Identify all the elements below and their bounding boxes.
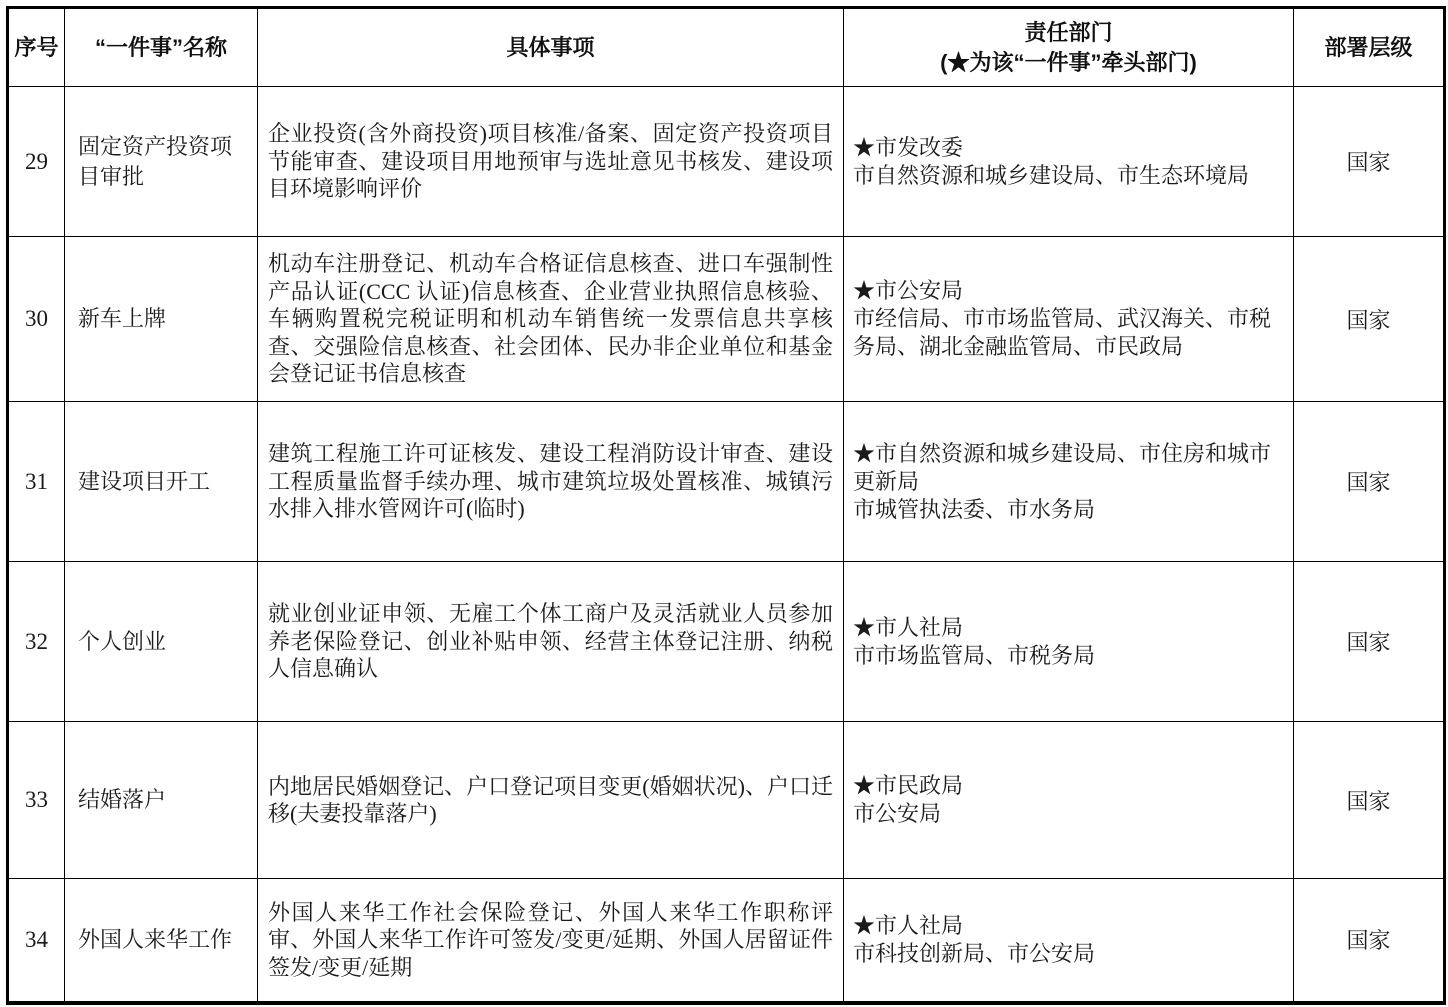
table-row: 30 新车上牌 机动车注册登记、机动车合格证信息核查、进口车强制性产品认证(CC… <box>8 237 1445 402</box>
one-thing-matters-table: 序号 “一件事”名称 具体事项 责任部门 (★为该“一件事”牵头部门) 部署层级… <box>6 6 1446 1005</box>
other-departments: 市公安局 <box>853 800 1284 828</box>
document-page: 序号 “一件事”名称 具体事项 责任部门 (★为该“一件事”牵头部门) 部署层级… <box>0 0 1448 1007</box>
row-level: 国家 <box>1294 562 1445 722</box>
row-name: 结婚落户 <box>65 722 258 879</box>
col-header-name: “一件事”名称 <box>65 8 258 87</box>
lead-department: ★市人社局 <box>853 614 1284 642</box>
other-departments: 市自然资源和城乡建设局、市生态环境局 <box>853 162 1284 190</box>
row-departments: ★市人社局 市市场监管局、市税务局 <box>844 562 1294 722</box>
row-level: 国家 <box>1294 402 1445 562</box>
row-departments: ★市人社局 市科技创新局、市公安局 <box>844 879 1294 1003</box>
row-index: 32 <box>8 562 65 722</box>
row-index: 31 <box>8 402 65 562</box>
departments-header-title: 责任部门 <box>848 18 1289 48</box>
row-departments: ★市公安局 市经信局、市市场监管局、武汉海关、市税务局、湖北金融监管局、市民政局 <box>844 237 1294 402</box>
other-departments: 市经信局、市市场监管局、武汉海关、市税务局、湖北金融监管局、市民政局 <box>853 305 1284 361</box>
row-level: 国家 <box>1294 722 1445 879</box>
row-name: 个人创业 <box>65 562 258 722</box>
row-items: 内地居民婚姻登记、户口登记项目变更(婚姻状况)、户口迁移(夫妻投靠落户) <box>258 722 844 879</box>
row-items: 外国人来华工作社会保险登记、外国人来华工作职称评审、外国人来华工作许可签发/变更… <box>258 879 844 1003</box>
row-name: 固定资产投资项目审批 <box>65 87 258 237</box>
row-departments: ★市发改委 市自然资源和城乡建设局、市生态环境局 <box>844 87 1294 237</box>
col-header-items: 具体事项 <box>258 8 844 87</box>
header-row: 序号 “一件事”名称 具体事项 责任部门 (★为该“一件事”牵头部门) 部署层级 <box>8 8 1445 87</box>
row-departments: ★市自然资源和城乡建设局、市住房和城市更新局 市城管执法委、市水务局 <box>844 402 1294 562</box>
lead-department: ★市公安局 <box>853 277 1284 305</box>
row-level: 国家 <box>1294 237 1445 402</box>
row-index: 29 <box>8 87 65 237</box>
row-name: 新车上牌 <box>65 237 258 402</box>
row-index: 33 <box>8 722 65 879</box>
lead-department: ★市自然资源和城乡建设局、市住房和城市更新局 <box>853 440 1284 496</box>
lead-department: ★市民政局 <box>853 772 1284 800</box>
table-row: 31 建设项目开工 建筑工程施工许可证核发、建设工程消防设计审查、建设工程质量监… <box>8 402 1445 562</box>
row-departments: ★市民政局 市公安局 <box>844 722 1294 879</box>
row-level: 国家 <box>1294 87 1445 237</box>
table-row: 34 外国人来华工作 外国人来华工作社会保险登记、外国人来华工作职称评审、外国人… <box>8 879 1445 1003</box>
table-row: 32 个人创业 就业创业证申领、无雇工个体工商户及灵活就业人员参加养老保险登记、… <box>8 562 1445 722</box>
row-items: 机动车注册登记、机动车合格证信息核查、进口车强制性产品认证(CCC 认证)信息核… <box>258 237 844 402</box>
other-departments: 市市场监管局、市税务局 <box>853 642 1284 670</box>
lead-department: ★市发改委 <box>853 134 1284 162</box>
col-header-departments: 责任部门 (★为该“一件事”牵头部门) <box>844 8 1294 87</box>
row-index: 34 <box>8 879 65 1003</box>
table-row: 33 结婚落户 内地居民婚姻登记、户口登记项目变更(婚姻状况)、户口迁移(夫妻投… <box>8 722 1445 879</box>
row-items: 企业投资(含外商投资)项目核准/备案、固定资产投资项目节能审查、建设项目用地预审… <box>258 87 844 237</box>
departments-header-note: (★为该“一件事”牵头部门) <box>848 48 1289 78</box>
row-items: 建筑工程施工许可证核发、建设工程消防设计审查、建设工程质量监督手续办理、城市建筑… <box>258 402 844 562</box>
lead-department: ★市人社局 <box>853 912 1284 940</box>
row-name: 建设项目开工 <box>65 402 258 562</box>
row-items: 就业创业证申领、无雇工个体工商户及灵活就业人员参加养老保险登记、创业补贴申领、经… <box>258 562 844 722</box>
row-name: 外国人来华工作 <box>65 879 258 1003</box>
col-header-level: 部署层级 <box>1294 8 1445 87</box>
table-row: 29 固定资产投资项目审批 企业投资(含外商投资)项目核准/备案、固定资产投资项… <box>8 87 1445 237</box>
row-index: 30 <box>8 237 65 402</box>
col-header-index: 序号 <box>8 8 65 87</box>
other-departments: 市城管执法委、市水务局 <box>853 496 1284 524</box>
other-departments: 市科技创新局、市公安局 <box>853 940 1284 968</box>
row-level: 国家 <box>1294 879 1445 1003</box>
